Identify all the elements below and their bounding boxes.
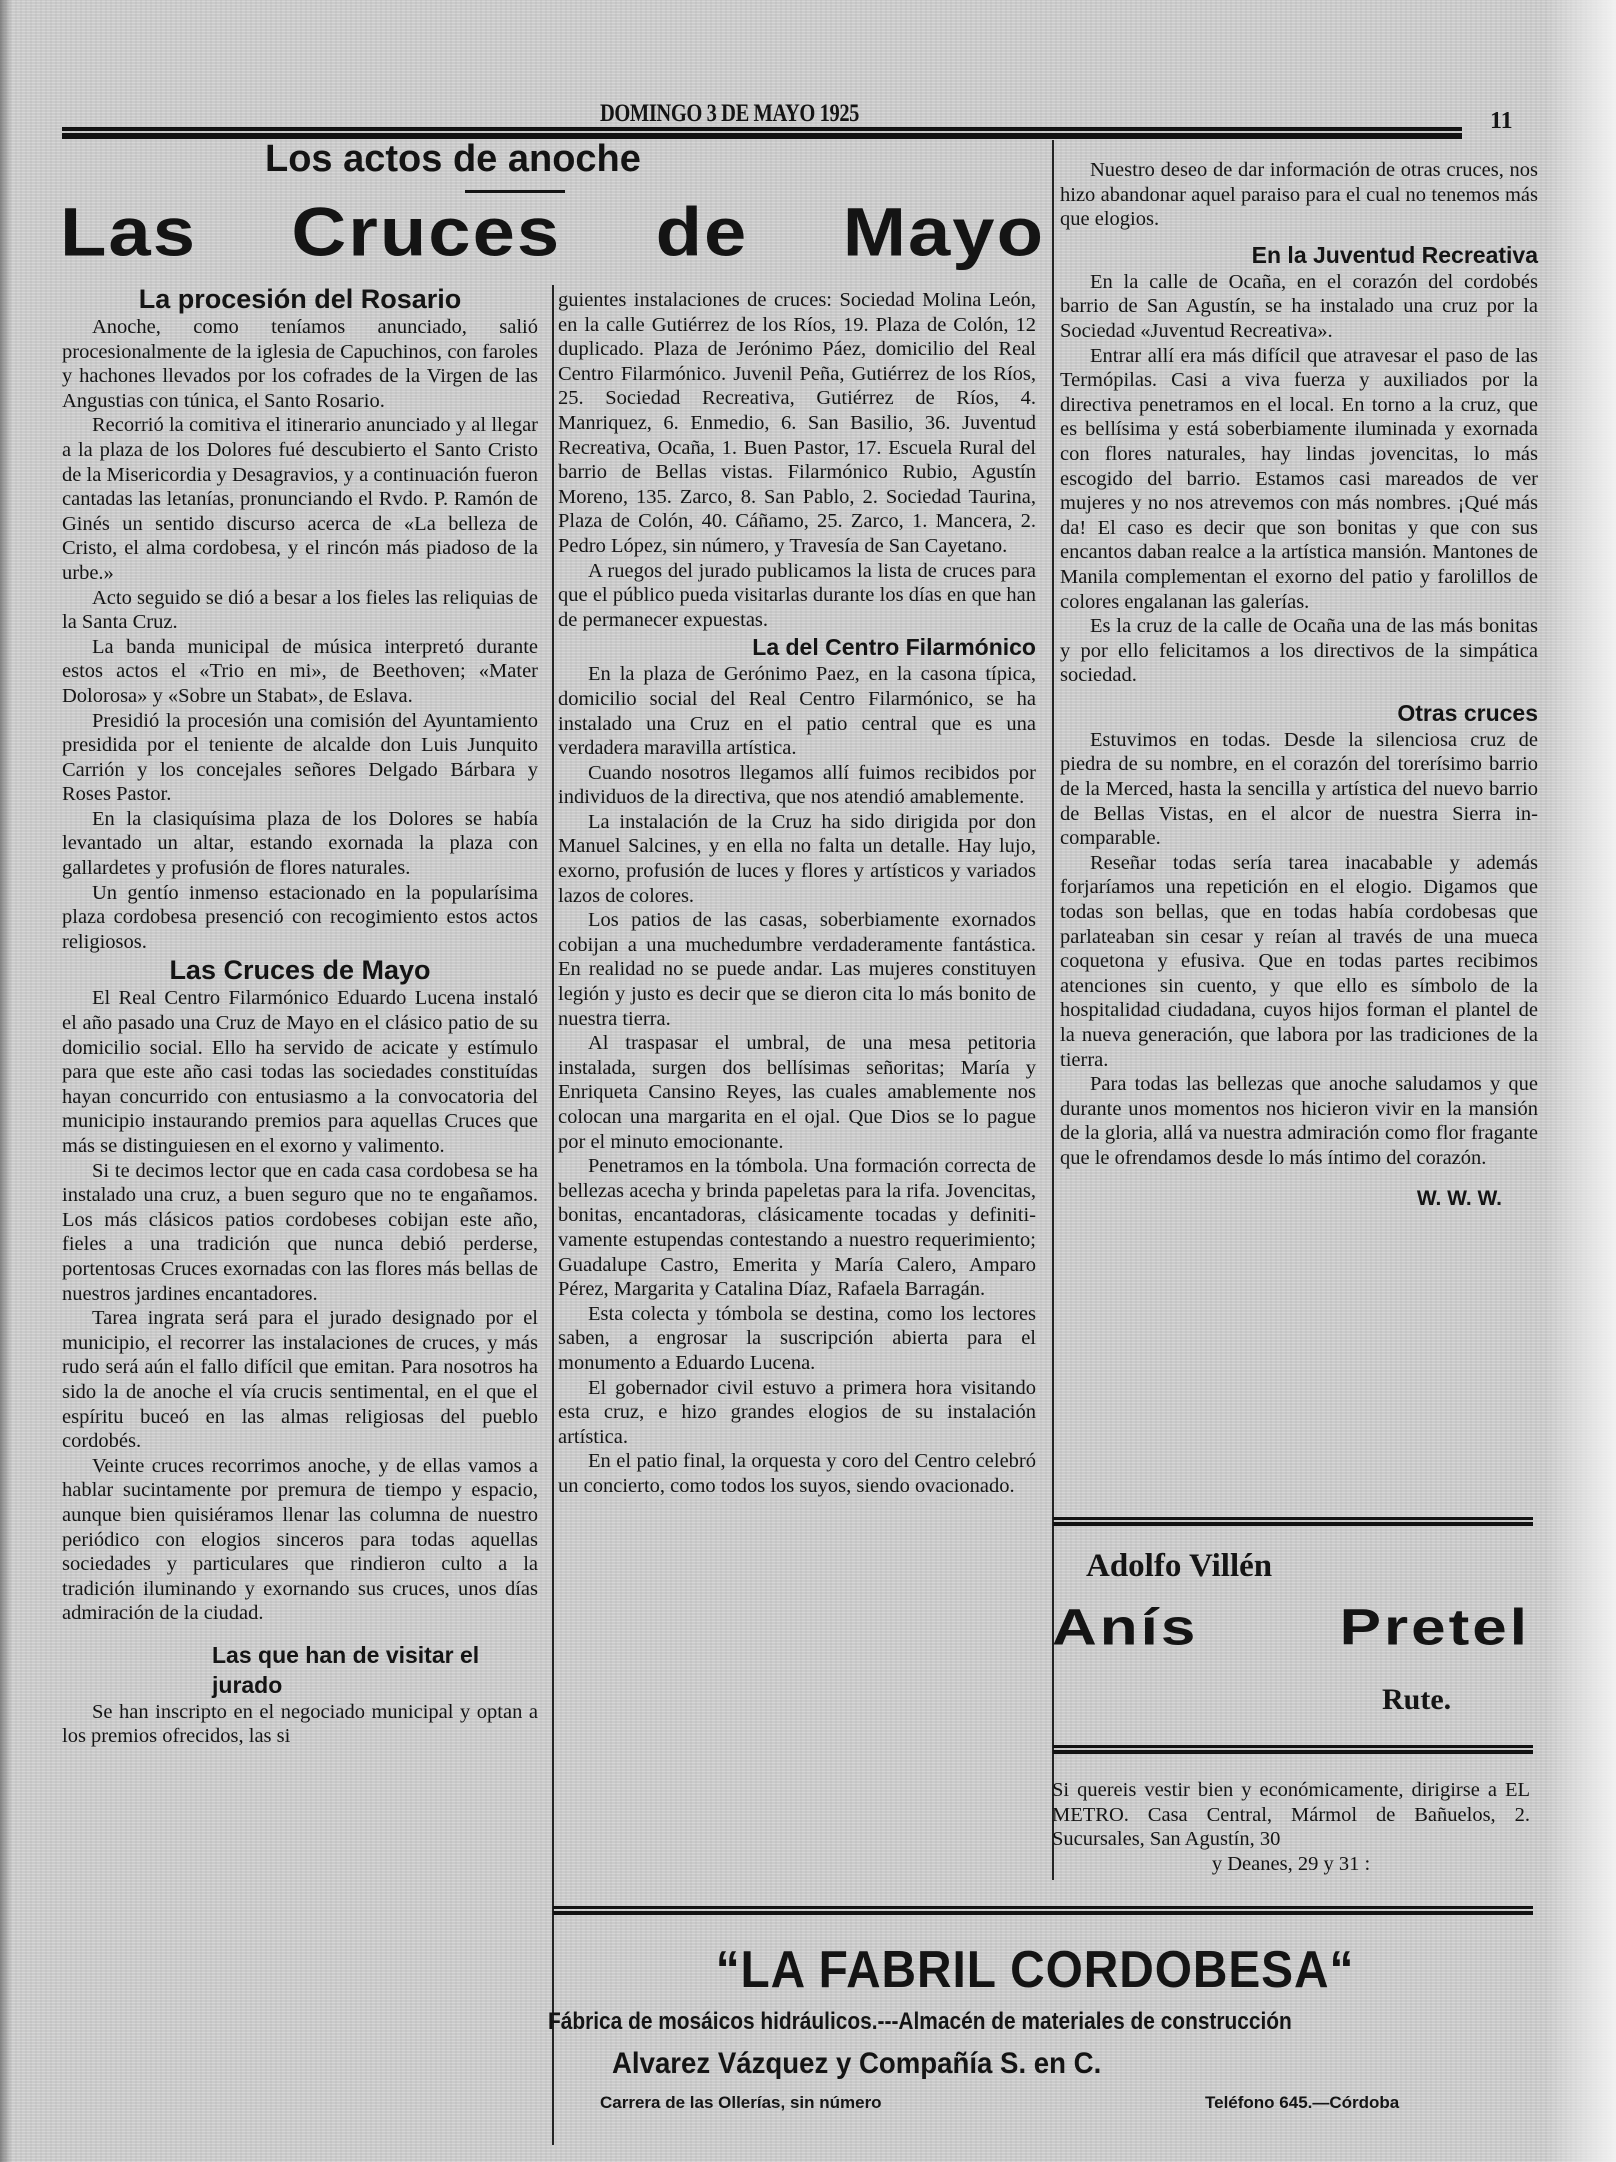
paragraph: Penetramos en la tómbola. Una formación …: [558, 1154, 1036, 1302]
author-signature: W. W. W.: [1060, 1187, 1502, 1212]
paragraph: Estuvimos en todas. Desde la silenciosa …: [1060, 728, 1538, 851]
ad-el-metro: Si quereis vestir bien y económicamente,…: [1052, 1778, 1530, 1876]
paragraph-continued: guientes instalaciones de cruces: Socied…: [558, 288, 1036, 559]
ad-anis-town: Rute.: [1382, 1683, 1451, 1717]
paragraph: Para todas las bellezas que anoche salu­…: [1060, 1072, 1538, 1170]
ad-fabril-company: Alvarez Vázquez y Compañía S. en C.: [612, 2047, 1440, 2081]
paragraph: Acto seguido se dió a besar a los fieles…: [62, 586, 538, 635]
ad-fabril-phone: Teléfono 645.—Córdoba: [1205, 2093, 1399, 2113]
ad-fabril-title: “LA FABRIL CORDOBESA“: [621, 1940, 1449, 2000]
paragraph: El Real Centro Filarmónico Eduardo Lu­ce…: [62, 986, 538, 1158]
paragraph: Se han inscripto en el negociado munici­…: [62, 1700, 538, 1749]
paragraph: La instalación de la Cruz ha sido dirigi…: [558, 810, 1036, 908]
ad-divider-middle: [1053, 1745, 1533, 1754]
paragraph: Es la cruz de la calle de Ocaña una de l…: [1060, 614, 1538, 688]
paragraph: Recorrió la comitiva el itinerario anun­…: [62, 413, 538, 585]
column-1: La procesión del Rosario Anoche, como te…: [62, 283, 538, 1749]
paragraph: Presidió la procesión una comisión del A…: [62, 709, 538, 807]
paragraph: En la clasiquísima plaza de los Dolores …: [62, 807, 538, 881]
paragraph: Reseñar todas sería tarea inacabable y a…: [1060, 851, 1538, 1072]
column-divider-left: [552, 285, 554, 2145]
article-kicker: Los actos de anoche: [265, 138, 641, 181]
paragraph: Esta colecta y tómbola se destina, como …: [558, 1302, 1036, 1376]
paragraph: Veinte cruces recorrimos anoche, y de el…: [62, 1454, 538, 1626]
issue-date: DOMINGO 3 DE MAYO 1925: [600, 100, 859, 128]
ad-divider-top: [1053, 1517, 1533, 1526]
page-number: 11: [1490, 108, 1513, 135]
paragraph: Si te decimos lector que en cada casa co…: [62, 1159, 538, 1307]
paragraph: En el patio final, la orquesta y coro de…: [558, 1449, 1036, 1498]
paragraph: Nuestro deseo de dar información de otra…: [1060, 158, 1538, 232]
ad-fabril-address: Carrera de las Ollerías, sin número: [600, 2093, 882, 2113]
section-title-cruces: Las Cruces de Mayo: [62, 954, 538, 986]
section-title-otras: Otras cruces: [1060, 698, 1538, 728]
main-headline: Las Cruces de Mayo: [60, 199, 1045, 267]
section-title-filarmonico: La del Centro Filarmónico: [558, 632, 1036, 662]
section-title-rosario: La procesión del Rosario: [62, 283, 538, 315]
page-right-edge: [1546, 0, 1616, 2162]
page-left-shadow: [0, 0, 12, 2162]
paragraph: Los patios de las casas, soberbiamente e…: [558, 908, 1036, 1031]
section-title-jurado: Las que han de visitar el jurado: [212, 1640, 538, 1700]
column-2: guientes instalaciones de cruces: Socied…: [558, 288, 1036, 1499]
ad-anis-brand: Anís Pretel: [1052, 1603, 1530, 1654]
column-3: Nuestro deseo de dar información de otra…: [1060, 158, 1538, 1211]
section-title-juventud: En la Juventud Recreativa: [1060, 240, 1538, 270]
paragraph: Entrar allí era más difícil que atravesa…: [1060, 344, 1538, 615]
ad-fabril-subtitle: Fábrica de mosáicos hidráulicos.---Almac…: [548, 2008, 1401, 2036]
paragraph: En la calle de Ocaña, en el corazón del …: [1060, 270, 1538, 344]
ad-divider-bottom: [553, 1906, 1533, 1915]
ad-anis-maker: Adolfo Villén: [1086, 1548, 1272, 1585]
kicker-rule: [465, 190, 565, 193]
paragraph: Cuando nosotros llegamos allí fuimos re­…: [558, 761, 1036, 810]
paragraph: A ruegos del jurado publicamos la lista …: [558, 559, 1036, 633]
paragraph: La banda municipal de música interpre­tó…: [62, 635, 538, 709]
paragraph: Al traspasar el umbral, de una mesa pe­t…: [558, 1031, 1036, 1154]
paragraph: Anoche, como teníamos anunciado, salió p…: [62, 315, 538, 413]
paragraph: Tarea ingrata será para el jurado desig­…: [62, 1306, 538, 1454]
paragraph: El gobernador civil estuvo a primera hor…: [558, 1376, 1036, 1450]
paragraph: En la plaza de Gerónimo Paez, en la ca­s…: [558, 662, 1036, 760]
paragraph: Un gentío inmenso estacionado en la po­p…: [62, 881, 538, 955]
ad-el-metro-last-line: y Deanes, 29 y 31 :: [1052, 1852, 1530, 1877]
ad-el-metro-text: Si quereis vestir bien y económicamente,…: [1052, 1779, 1530, 1850]
